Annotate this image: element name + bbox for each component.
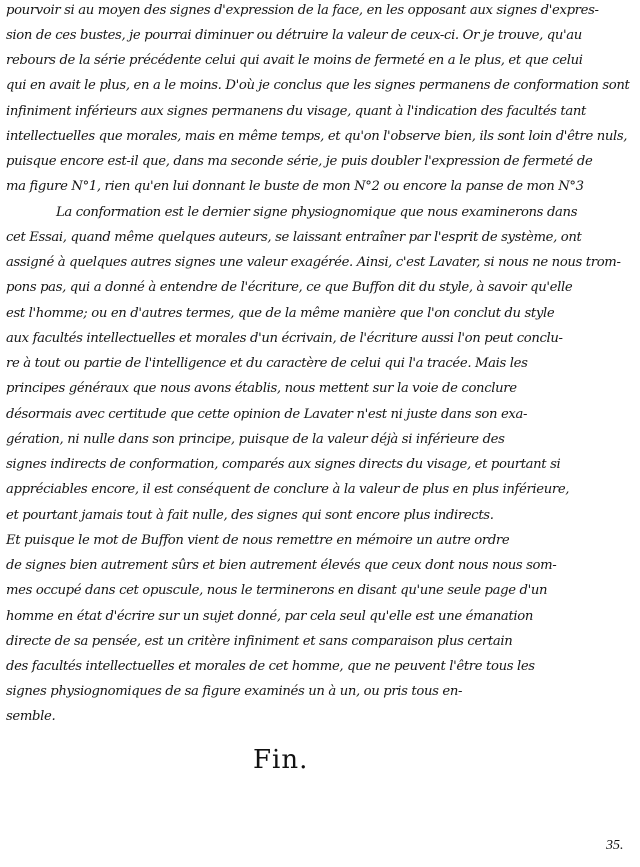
text-line: est l'homme; ou en d'autres termes, que … <box>6 307 634 321</box>
text-line: qui en avait le plus, en a le moins. D'o… <box>6 79 634 93</box>
text-line: intellectuelles que morales, mais en mêm… <box>6 130 634 144</box>
text-line: pons pas, qui a donné à entendre de l'éc… <box>6 281 634 295</box>
text-line: mes occupé dans cet opuscule, nous le te… <box>6 584 634 598</box>
text-line: infiniment inférieurs aux signes permane… <box>6 105 634 119</box>
closing-fin: Fin. <box>253 745 308 775</box>
text-line: directe de sa pensée, est un critère inf… <box>6 635 634 649</box>
text-line: homme en état d'écrire sur un sujet donn… <box>6 610 634 624</box>
text-line: Et puisque le mot de Buffon vient de nou… <box>6 534 634 548</box>
text-line: cet Essai, quand même quelques auteurs, … <box>6 231 634 245</box>
text-line: signes physiognomiques de sa figure exam… <box>6 685 634 699</box>
text-line: semble. <box>6 710 634 724</box>
text-line: principes généraux que nous avons établi… <box>6 382 634 396</box>
text-line: re à tout ou partie de l'intelligence et… <box>6 357 634 371</box>
text-line: de signes bien autrement sûrs et bien au… <box>6 559 634 573</box>
page-number: 35. <box>606 838 624 854</box>
text-line: rebours de la série précédente celui qui… <box>6 54 634 68</box>
text-line: sion de ces bustes, je pourrai diminuer … <box>6 29 634 43</box>
text-line: ma figure N°1, rien qu'en lui donnant le… <box>6 180 634 194</box>
text-line: signes indirects de conformation, compar… <box>6 458 634 472</box>
text-line: désormais avec certitude que cette opini… <box>6 408 634 422</box>
text-line: aux facultés intellectuelles et morales … <box>6 332 634 346</box>
text-line: pourvoir si au moyen des signes d'expres… <box>6 4 634 18</box>
text-line: puisque encore est-il que, dans ma secon… <box>6 155 634 169</box>
text-line: assigné à quelques autres signes une val… <box>6 256 634 270</box>
text-line: et pourtant jamais tout à fait nulle, de… <box>6 509 634 523</box>
paragraph-start-line: La conformation est le dernier signe phy… <box>56 206 634 220</box>
text-line: gération, ni nulle dans son principe, pu… <box>6 433 634 447</box>
manuscript-page: pourvoir si au moyen des signes d'expres… <box>0 0 640 867</box>
text-line: appréciables encore, il est conséquent d… <box>6 483 634 497</box>
text-line: des facultés intellectuelles et morales … <box>6 660 634 674</box>
